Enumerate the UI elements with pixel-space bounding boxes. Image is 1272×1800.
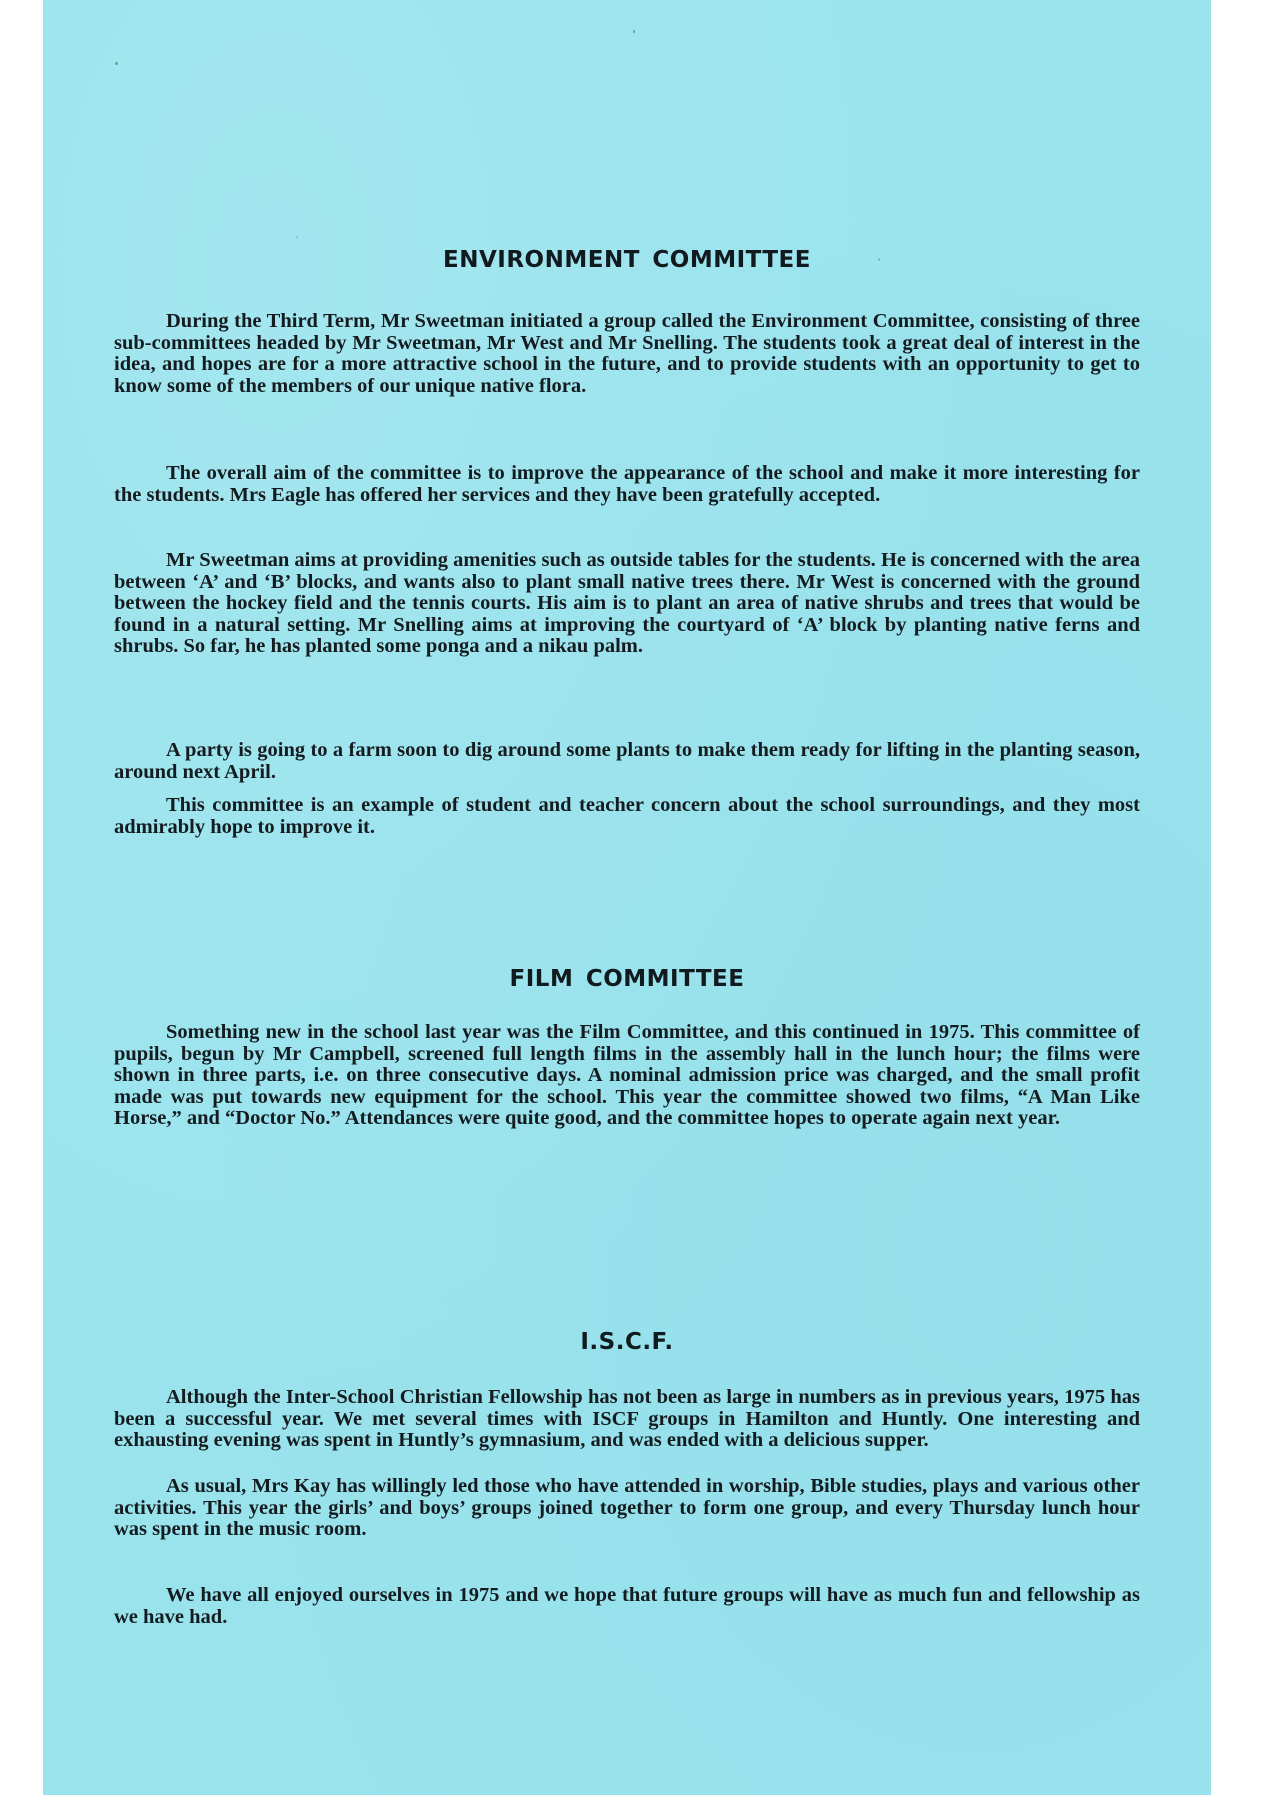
environment-paragraph-1: During the Third Term, Mr Sweetman initi…: [114, 311, 1140, 397]
environment-paragraph-2: The overall aim of the committee is to i…: [114, 463, 1140, 506]
paper-speck: [296, 236, 298, 238]
document-page: ENVIRONMENT COMMITTEE During the Third T…: [43, 0, 1211, 1795]
film-paragraph-1: Something new in the school last year wa…: [114, 1022, 1140, 1130]
environment-paragraph-3: Mr Sweetman aims at providing amenities …: [114, 550, 1140, 658]
section-heading-film: FILM COMMITTEE: [43, 966, 1211, 992]
iscf-paragraph-3: We have all enjoyed ourselves in 1975 an…: [114, 1585, 1140, 1628]
iscf-paragraph-2: As usual, Mrs Kay has willingly led thos…: [114, 1476, 1140, 1541]
iscf-paragraph-1: Although the Inter-School Christian Fell…: [114, 1387, 1140, 1452]
paper-speck: [633, 30, 635, 33]
section-heading-iscf: I.S.C.F.: [43, 1329, 1211, 1355]
paper-speck: [115, 62, 118, 65]
section-heading-environment: ENVIRONMENT COMMITTEE: [43, 247, 1211, 273]
environment-paragraph-4: A party is going to a farm soon to dig a…: [114, 740, 1140, 783]
environment-paragraph-5: This committee is an example of student …: [114, 795, 1140, 838]
